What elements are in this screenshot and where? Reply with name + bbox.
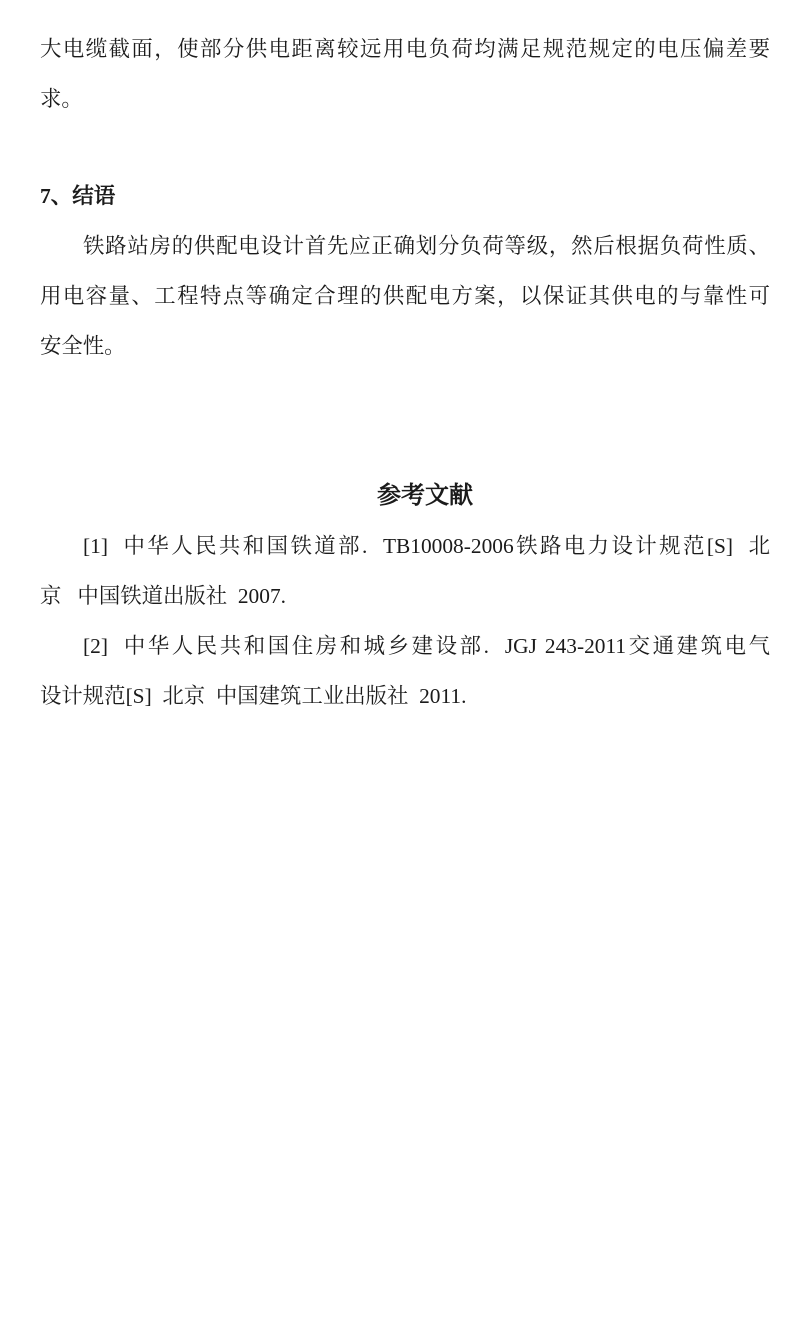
- conclusion-paragraph-line-2: 用电容量、工程特点等确定合理的供配电方案，以保证其供电的与靠性可: [40, 271, 770, 321]
- references-heading: 参考文献: [60, 471, 787, 521]
- text-block: 大电缆截面，使部分供电距离较远用电负荷均满足规范规定的电压偏差要 求。 7、结语…: [0, 0, 787, 721]
- conclusion-paragraph-line-3: 安全性。: [40, 321, 770, 371]
- reference-2-line-2: 设计规范[S] 北京 中国建筑工业出版社 2011.: [40, 671, 770, 721]
- conclusion-paragraph-line-1: 铁路站房的供配电设计首先应正确划分负荷等级，然后根据负荷性质、: [40, 221, 770, 271]
- continuation-paragraph-line-2: 求。: [40, 74, 770, 124]
- continuation-paragraph-line-1: 大电缆截面，使部分供电距离较远用电负荷均满足规范规定的电压偏差要: [40, 24, 770, 74]
- reference-1-line-1: [1] 中华人民共和国铁道部. TB10008-2006铁路电力设计规范[S] …: [40, 521, 770, 571]
- reference-2-line-1: [2] 中华人民共和国住房和城乡建设部. JGJ 243-2011交通建筑电气: [40, 621, 770, 671]
- reference-1-line-2: 京 中国铁道出版社 2007.: [40, 571, 770, 621]
- conclusion-heading: 7、结语: [40, 171, 770, 221]
- document-page: 大电缆截面，使部分供电距离较远用电负荷均满足规范规定的电压偏差要 求。 7、结语…: [0, 0, 787, 1318]
